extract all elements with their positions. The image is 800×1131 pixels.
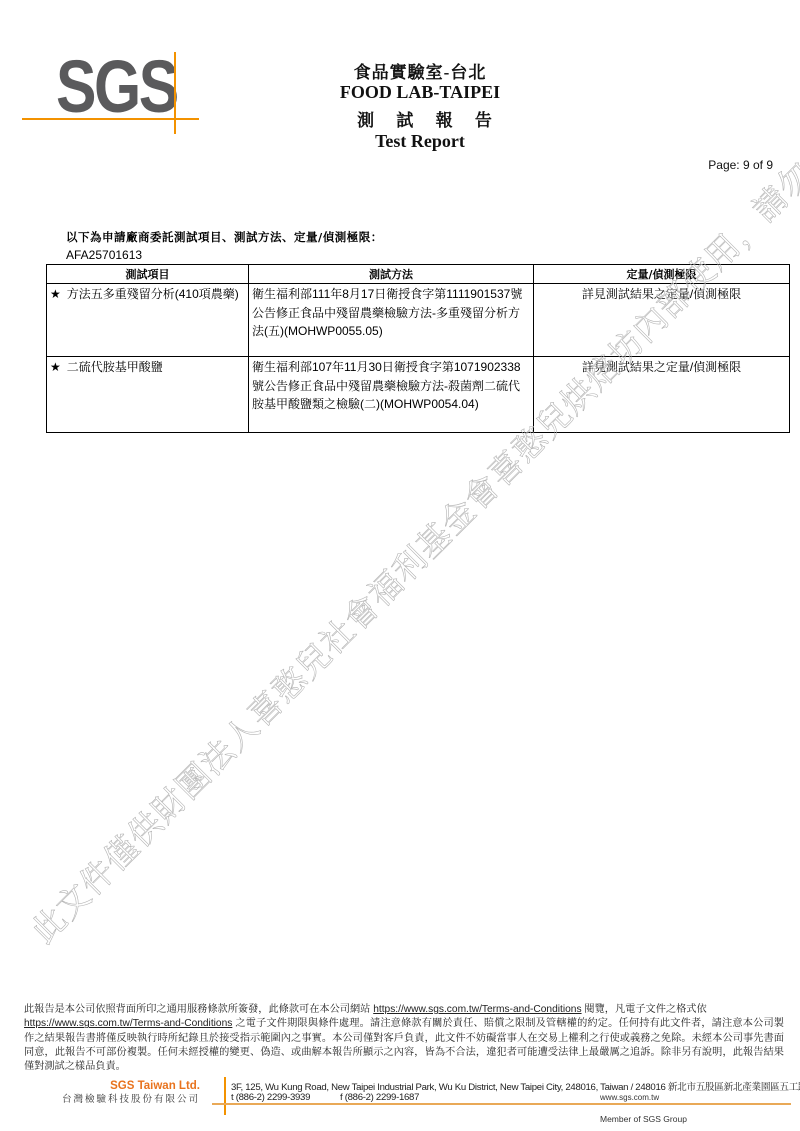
logo-orange-horizontal-line bbox=[22, 118, 199, 120]
company-fax: f (886-2) 2299-1687 bbox=[340, 1092, 419, 1103]
page-number: Page: 9 of 9 bbox=[708, 158, 773, 172]
report-title-zh: 測 試 報 告 bbox=[300, 106, 549, 131]
disclaimer-text: 此報告是本公司依照背面所印之通用服務條款所簽發，此條款可在本公司網站 bbox=[24, 1004, 373, 1015]
company-name-en: SGS Taiwan Ltd. bbox=[62, 1079, 200, 1093]
footer-orange-horizontal-line bbox=[212, 1103, 791, 1105]
detection-limit-cell: 詳見測試結果之定量/偵測極限 bbox=[534, 357, 790, 433]
star-icon: ★ bbox=[50, 360, 61, 374]
table-row: ★方法五多重殘留分析(410項農藥) 衛生福利部111年8月17日衛授食字第11… bbox=[47, 284, 790, 357]
report-title-en: Test Report bbox=[300, 131, 540, 152]
header-detection-limit: 定量/偵測極限 bbox=[534, 265, 790, 284]
star-icon: ★ bbox=[50, 287, 61, 301]
terms-link[interactable]: https://www.sgs.com.tw/Terms-and-Conditi… bbox=[373, 1004, 581, 1015]
logo-orange-vertical-line bbox=[174, 52, 176, 134]
sgs-logo-text: SGS bbox=[56, 50, 177, 124]
test-items-table: 測試項目 測試方法 定量/偵測極限 ★方法五多重殘留分析(410項農藥) 衛生福… bbox=[46, 264, 790, 433]
header-test-item: 測試項目 bbox=[47, 265, 249, 284]
detection-limit-cell: 詳見測試結果之定量/偵測極限 bbox=[534, 284, 790, 357]
test-item-cell: ★二硫代胺基甲酸鹽 bbox=[47, 357, 249, 433]
company-phone: t (886-2) 2299-3939 bbox=[231, 1092, 310, 1103]
footer-orange-vertical-line bbox=[224, 1077, 226, 1115]
test-method-cell: 衛生福利部107年11月30日衛授食字第1071902338號公告修正食品中殘留… bbox=[249, 357, 534, 433]
footer-company: SGS Taiwan Ltd. 台灣檢驗科技股份有限公司 bbox=[62, 1079, 200, 1107]
header-test-method: 測試方法 bbox=[249, 265, 534, 284]
section-intro: 以下為申請廠商委託測試項目、測試方法、定量/偵測極限： bbox=[66, 229, 383, 245]
table-row: ★二硫代胺基甲酸鹽 衛生福利部107年11月30日衛授食字第1071902338… bbox=[47, 357, 790, 433]
table-header-row: 測試項目 測試方法 定量/偵測極限 bbox=[47, 265, 790, 284]
report-number: AFA25701613 bbox=[66, 248, 142, 262]
terms-link[interactable]: https://www.sgs.com.tw/Terms-and-Conditi… bbox=[24, 1018, 232, 1029]
footer-disclaimer: 此報告是本公司依照背面所印之通用服務條款所簽發，此條款可在本公司網站 https… bbox=[24, 1003, 784, 1074]
lab-name-zh: 食品實驗室-台北 bbox=[300, 58, 540, 83]
test-item-name: 方法五多重殘留分析(410項農藥) bbox=[67, 287, 239, 301]
test-item-cell: ★方法五多重殘留分析(410項農藥) bbox=[47, 284, 249, 357]
test-method-cell: 衛生福利部111年8月17日衛授食字第1111901537號公告修正食品中殘留農… bbox=[249, 284, 534, 357]
lab-name-en: FOOD LAB-TAIPEI bbox=[300, 82, 540, 103]
test-item-name: 二硫代胺基甲酸鹽 bbox=[67, 360, 163, 374]
disclaimer-text: 閱覽，凡電子文件之格式依 bbox=[582, 1004, 707, 1015]
company-website[interactable]: www.sgs.com.tw bbox=[600, 1093, 659, 1102]
member-of-sgs-group: Member of SGS Group bbox=[600, 1114, 687, 1124]
company-name-zh: 台灣檢驗科技股份有限公司 bbox=[62, 1093, 200, 1107]
sgs-logo: SGS bbox=[0, 0, 220, 140]
confidential-watermark: 此文件僅供財團法人喜憨兒社會福利基金會喜憨兒烘焙坊內部使用，請勿外流！ bbox=[19, 77, 800, 952]
company-address: 3F, 125, Wu Kung Road, New Taipei Indust… bbox=[231, 1079, 800, 1093]
